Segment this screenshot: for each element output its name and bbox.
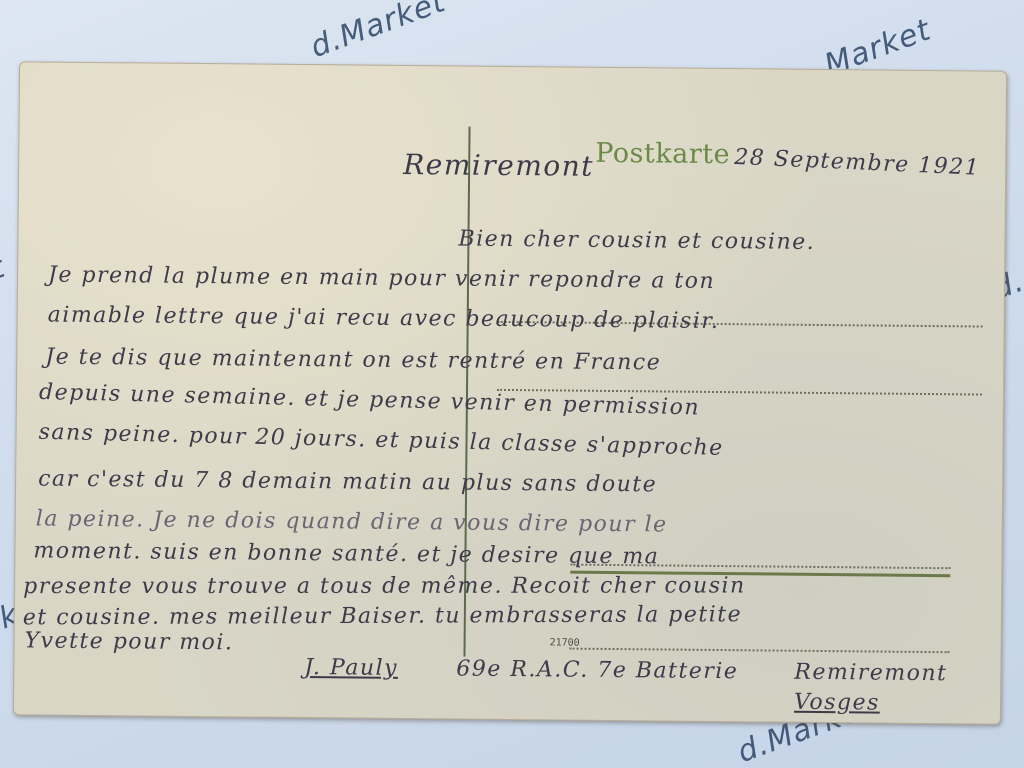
- print-number: 21700: [550, 637, 580, 648]
- signature-unit: 69e R.A.C. 7e Batterie: [456, 656, 738, 684]
- handwritten-place: Remiremont: [403, 148, 594, 183]
- letter-line: presente vous trouve a tous de même. Rec…: [23, 573, 746, 599]
- letter-line: Yvette pour moi.: [24, 628, 233, 655]
- watermark-4: t: [0, 250, 10, 287]
- letter-line: la peine. Je ne dois quand dire a vous d…: [36, 506, 668, 537]
- greeting: Bien cher cousin et cousine.: [458, 226, 815, 254]
- letter-line: Je prend la plume en main pour venir rep…: [48, 263, 715, 294]
- letter-line: et cousine. mes meilleur Baiser. tu embr…: [23, 602, 742, 630]
- printed-heading: Postkarte: [595, 138, 730, 170]
- letter-line: Je te dis que maintenant on est rentré e…: [45, 345, 661, 376]
- letter-line: depuis une semaine. et je pense venir en…: [39, 380, 701, 421]
- letter-line: car c'est du 7 8 demain matin au plus sa…: [38, 466, 657, 497]
- postcard: Postkarte 21700 Remiremont 28 Septembre …: [13, 61, 1007, 724]
- letter-line: aimable lettre que j'ai recu avec beauco…: [48, 303, 720, 334]
- watermark-1: d.Market: [306, 0, 450, 65]
- letter-line: sans peine. pour 20 jours. et puis la cl…: [38, 420, 724, 461]
- signature-place: Remiremont: [794, 660, 947, 686]
- signature-name: J. Pauly: [304, 655, 398, 681]
- signature-region: Vosges: [794, 690, 880, 716]
- address-line-4: [570, 648, 950, 654]
- handwritten-date: 28 Septembre 1921: [734, 145, 981, 181]
- letter-line: moment. suis en bonne santé. et je desir…: [33, 538, 659, 569]
